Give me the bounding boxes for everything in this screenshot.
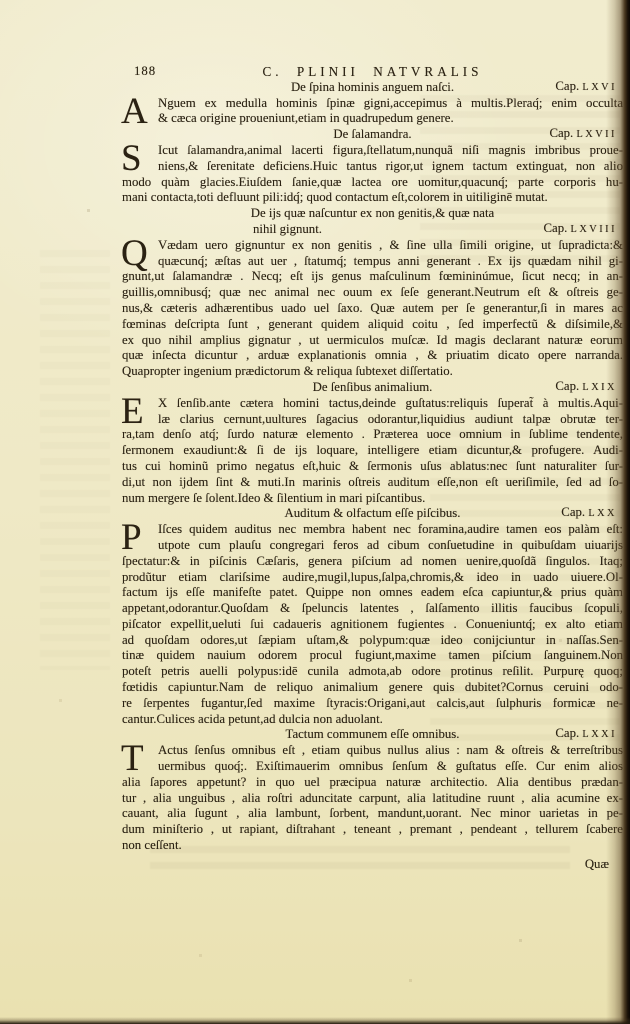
chapter-section: Tactum communem eſſe omnibus.Cap. LXXITA… [122, 727, 623, 853]
drop-cap-initial: E [121, 397, 155, 427]
body-text-line: X ſenſib.ante cætera homini tactus,deind… [122, 396, 623, 412]
paper-speckles [0, 0, 1, 1]
section-body: QVædam uero gignuntur ex non genitis , &… [122, 238, 623, 380]
body-text-line: Iſces quidem auditus nec membra habent n… [122, 522, 623, 538]
book-gutter-edge [606, 0, 630, 1024]
body-text-line: dum miniſterio , ut rapiant, diſtrahant … [122, 822, 623, 838]
running-title: C. PLINII NATVRALIS [122, 64, 623, 80]
drop-cap-initial: P [121, 523, 155, 553]
body-text-line: ex quo nihil amplius gignatur , ut uermi… [122, 333, 623, 349]
drop-cap-initial: Q [121, 239, 155, 269]
body-text-line: di,ut non ijdem ſint & muti.In marinis o… [122, 475, 623, 491]
cap-word: Cap. [561, 505, 585, 519]
chapter-section: De ſpina hominis anguem naſci.Cap. LXVIA… [122, 80, 623, 127]
body-text-line: tus cui hominũ primo negatus eſt,huic & … [122, 459, 623, 475]
body-text-line: Quapropter ingenium prædictorum & reliqu… [122, 364, 623, 380]
body-text-line: piſcator expellit,ueluti ſui cadaueris a… [122, 617, 623, 633]
body-text-line: nus,& cæteris adhærentibus uado uel ſaxo… [122, 301, 623, 317]
body-text-line: prodũtur etiam clariſsime audire,mugil,l… [122, 570, 623, 586]
body-text-line: utpote cum plauſu congregari feros ad ci… [122, 538, 623, 554]
body-text-line: appetant,odorantur.Quoſdam & ſpeluncis l… [122, 601, 623, 617]
text-block: 188 C. PLINII NATVRALIS De ſpina hominis… [122, 64, 623, 873]
section-heading-row: De ſalamandra.Cap. LXVII [122, 127, 623, 143]
body-text-line: ra,tam denſo atq́; ſurdo naturæ elemento… [122, 427, 623, 443]
body-text-line: Vædam uero gignuntur ex non genitis , & … [122, 238, 623, 254]
section-heading-row: Auditum & olfactum eſſe piſcibus.Cap. LX… [122, 506, 623, 522]
body-text-line: ſpectatur:& in piſcinis Cæſaris, genera … [122, 554, 623, 570]
cap-word: Cap. [555, 79, 579, 93]
body-text-line: Icut ſalamandra,animal lacerti figura,ſt… [122, 143, 623, 159]
body-text-line: Nguem ex medulla hominis ſpinæ gigni,acc… [122, 96, 623, 112]
drop-cap-initial: A [121, 97, 155, 127]
section-heading: De ſalamandra. [333, 127, 411, 141]
catchword-row: Quæ [122, 857, 623, 873]
body-text-line: cauant, alia ſugunt , alia lambunt, ſorb… [122, 806, 623, 822]
drop-cap-initial: S [121, 144, 155, 174]
body-text-line: factum ijs eſſe manifeſte patet. Quippe … [122, 585, 623, 601]
section-body: ANguem ex medulla hominis ſpinæ gigni,ac… [122, 96, 623, 128]
cap-word: Cap. [555, 379, 579, 393]
body-text-line: ſermonem exaudiunt:& ſi de ijs loquare, … [122, 443, 623, 459]
chapter-section: De ſenſibus animalium.Cap. LXIXEX ſenſib… [122, 380, 623, 506]
section-heading-row: nihil gignunt.Cap. LXVIII [122, 222, 623, 238]
body-text-line: ad quoſdam odores,ut ſæpiam uſtam,& poly… [122, 633, 623, 649]
drop-cap-initial: T [121, 744, 155, 774]
body-text-line: re ſerpentes fugantur,ſed maxime ſtyraci… [122, 696, 623, 712]
body-text-line: cantur.Culices acida petunt,ad dulcia no… [122, 712, 623, 728]
chapter-section: De ſalamandra.Cap. LXVIISIcut ſalamandra… [122, 127, 623, 206]
section-heading: Tactum communem eſſe omnibus. [286, 727, 460, 741]
body-text-line: fœtidis capiuntur.Nam de reliquo animali… [122, 680, 623, 696]
body-text-line: Actus ſenſus omnibus eſt , etiam quibus … [122, 743, 623, 759]
body-text-line: tinæ quidem nauium odorem procul fugiunt… [122, 648, 623, 664]
section-body: EX ſenſib.ante cætera homini tactus,dein… [122, 396, 623, 507]
section-heading-row: De ſenſibus animalium.Cap. LXIX [122, 380, 623, 396]
body-text-line: gnunt,ut ſalamandræ . Necq; eſt ijs genu… [122, 269, 623, 285]
body-text-line: & cæca origine proueniunt,etiam in quadr… [122, 111, 623, 127]
page-number: 188 [134, 64, 156, 80]
body-text-line: uermibus quoq́;. Exiſtimauerim omnibus ſ… [122, 759, 623, 775]
section-heading-row: De ſpina hominis anguem naſci.Cap. LXVI [122, 80, 623, 96]
body-text-line: quæ inſecta dicuntur , arduæ explanation… [122, 348, 623, 364]
section-body: PIſces quidem auditus nec membra habent … [122, 522, 623, 727]
body-text-line: guillis,omnibusq́; quæ nec animal nec ou… [122, 285, 623, 301]
section-heading-row: Tactum communem eſſe omnibus.Cap. LXXI [122, 727, 623, 743]
body-text-line: quæcunq́; æſtas aut uer , ſtatumq́; temp… [122, 254, 623, 270]
body-text-line: modo quàm glacies.Eiuſdem ſanie,quæ lact… [122, 175, 623, 191]
body-text-line: fœminas deſcripta ſunt , generant quidem… [122, 317, 623, 333]
section-heading: De ſenſibus animalium. [313, 380, 433, 394]
cap-word: Cap. [544, 221, 568, 235]
section-heading-row: De ijs quæ naſcuntur ex non genitis,& qu… [122, 206, 623, 222]
body-text-line: niens,& ſerenitate deficiens.Huic tantus… [122, 159, 623, 175]
page-header: 188 C. PLINII NATVRALIS [122, 64, 623, 80]
verso-bleedthrough [40, 250, 110, 670]
section-heading: De ſpina hominis anguem naſci. [291, 80, 454, 94]
body-text-line: poteſt petris auelli polypus:idē cunila … [122, 664, 623, 680]
chapter-section: Auditum & olfactum eſſe piſcibus.Cap. LX… [122, 506, 623, 727]
body-text-line: non ceſſent. [122, 838, 623, 854]
chapter-section: De ijs quæ naſcuntur ex non genitis,& qu… [122, 206, 623, 380]
body-text-line: tur , alia unguibus , alia roſtri adunci… [122, 791, 623, 807]
section-heading: Auditum & olfactum eſſe piſcibus. [285, 506, 461, 520]
section-body: SIcut ſalamandra,animal lacerti figura,ſ… [122, 143, 623, 206]
section-heading: De ijs quæ naſcuntur ex non genitis,& qu… [251, 206, 494, 220]
body-text-line: alia ſapores appetunt? in quo uel præcip… [122, 775, 623, 791]
section-body: TActus ſenſus omnibus eſt , etiam quibus… [122, 743, 623, 854]
body-text-line: mani contacta,toti defluunt pili:idq́; q… [122, 190, 623, 206]
section-heading: nihil gignunt. [253, 222, 322, 236]
cap-word: Cap. [555, 726, 579, 740]
cap-word: Cap. [549, 126, 573, 140]
page-bottom-edge [0, 1017, 630, 1024]
body-text-line: læ clarius cernunt,uultures ſagacius odo… [122, 412, 623, 428]
body-text-line: num mergere ſe ſolent.Ideo & ſilentium i… [122, 491, 623, 507]
